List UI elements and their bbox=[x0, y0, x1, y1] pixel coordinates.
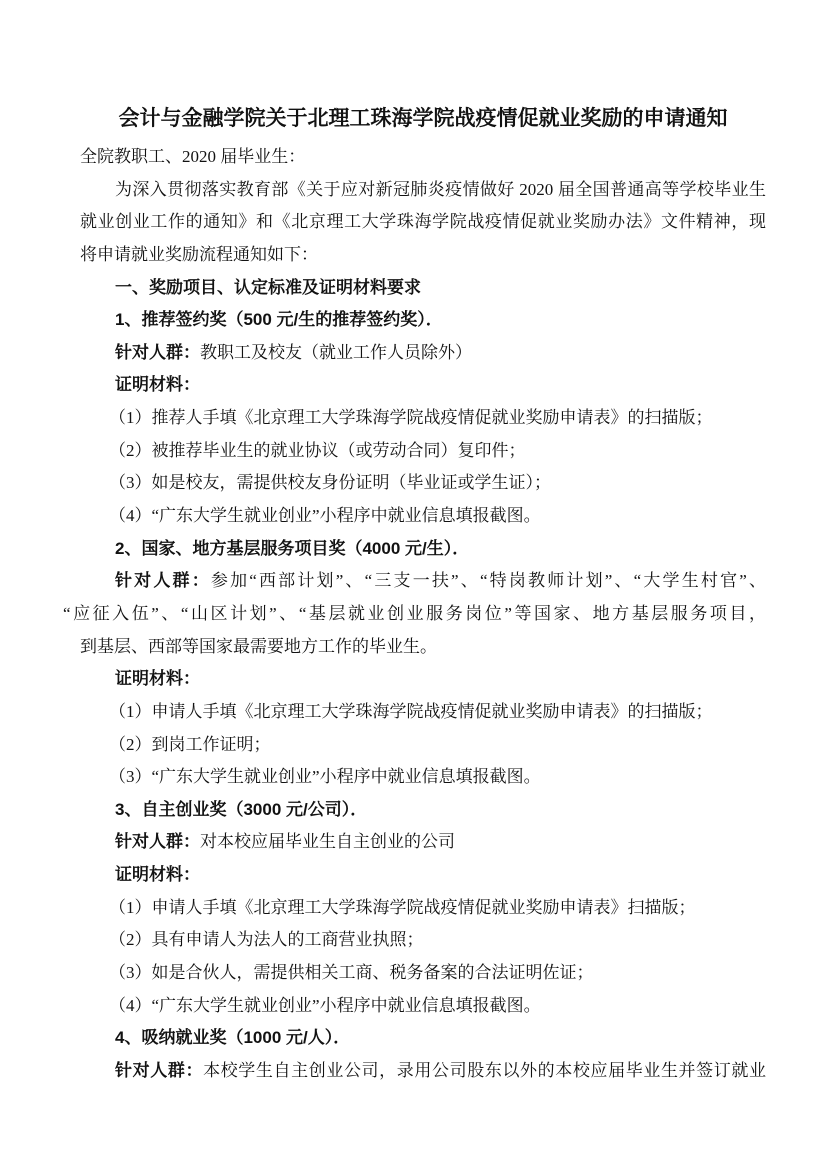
doc-item-3-3: （3）如是合伙人，需提供相关工商、税务备案的合法证明佐证； bbox=[80, 957, 766, 990]
heading-text: 4、吸纳就业奖（1000 元/人）． bbox=[115, 1028, 350, 1047]
doc-heading-award-3: 3、自主创业奖（3000 元/公司）． bbox=[80, 794, 766, 827]
line-text: 全院教职工、2020 届毕业生： bbox=[80, 147, 305, 166]
line-text: 将申请就业奖励流程通知如下： bbox=[80, 245, 318, 264]
doc-line-intro-3: 将申请就业奖励流程通知如下： bbox=[80, 239, 766, 272]
line-text: 到基层、西部等国家最需要地方工作的毕业生。 bbox=[80, 637, 437, 656]
doc-item-1-2: （2）被推荐毕业生的就业协议（或劳动合同）复印件； bbox=[80, 435, 766, 468]
doc-label-materials-2: 证明材料： bbox=[80, 663, 766, 696]
line-text: 本校学生自主创业公司，录用公司股东以外的本校应届毕业生并签订就业 bbox=[203, 1061, 766, 1080]
line-text: （2）到岗工作证明； bbox=[109, 735, 271, 754]
doc-line-intro-2: 就业创业工作的通知》和《北京理工大学珠海学院战疫情促就业奖励办法》文件精神，现 bbox=[80, 206, 766, 239]
doc-heading-section-1: 一、奖励项目、认定标准及证明材料要求 bbox=[80, 272, 766, 305]
line-text: （3）如是校友，需提供校友身份证明（毕业证或学生证）； bbox=[109, 473, 551, 492]
line-text: 为深入贯彻落实教育部《关于应对新冠肺炎疫情做好 2020 届全国普通高等学校毕业… bbox=[115, 180, 766, 199]
line-text: （1）申请人手填《北京理工大学珠海学院战疫情促就业奖励申请表》的扫描版； bbox=[109, 702, 713, 721]
doc-line-target-group-2: 针对人群：参加“西部计划”、“三支一扶”、“特岗教师计划”、“大学生村官”、 bbox=[80, 565, 766, 598]
line-text: （3）如是合伙人，需提供相关工商、税务备案的合法证明佐证； bbox=[109, 963, 594, 982]
doc-item-3-2: （2）具有申请人为法人的工商营业执照； bbox=[80, 924, 766, 957]
line-text: （1）推荐人手填《北京理工大学珠海学院战疫情促就业奖励申请表》的扫描版； bbox=[109, 408, 713, 427]
line-text: （4）“广东大学生就业创业”小程序中就业信息填报截图。 bbox=[109, 506, 541, 525]
line-text: （2）具有申请人为法人的工商营业执照； bbox=[109, 930, 424, 949]
doc-item-1-3: （3）如是校友，需提供校友身份证明（毕业证或学生证）； bbox=[80, 467, 766, 500]
document-page: { "doc": { "title": "会计与金融学院关于北理工珠海学院战疫情… bbox=[0, 0, 827, 1169]
doc-line-salutation: 全院教职工、2020 届毕业生： bbox=[80, 141, 766, 174]
line-text: “应征入伍”、“山区计划”、“基层就业创业服务岗位”等国家、地方基层服务项目， bbox=[63, 604, 766, 623]
heading-text: 3、自主创业奖（3000 元/公司）． bbox=[115, 800, 367, 819]
doc-line-intro-1: 为深入贯彻落实教育部《关于应对新冠肺炎疫情做好 2020 届全国普通高等学校毕业… bbox=[80, 174, 766, 207]
doc-line-target-group-2-cont-2: 到基层、西部等国家最需要地方工作的毕业生。 bbox=[80, 631, 766, 664]
page-title: 会计与金融学院关于北理工珠海学院战疫情促就业奖励的申请通知 bbox=[80, 102, 766, 136]
doc-line-target-group-3: 针对人群：对本校应届毕业生自主创业的公司 bbox=[80, 826, 766, 859]
line-text: 参加“西部计划”、“三支一扶”、“特岗教师计划”、“大学生村官”、 bbox=[211, 571, 766, 590]
bold-label: 针对人群： bbox=[115, 571, 211, 590]
doc-line-target-group-2-cont-1: “应征入伍”、“山区计划”、“基层就业创业服务岗位”等国家、地方基层服务项目， bbox=[63, 598, 766, 631]
bold-label: 针对人群： bbox=[115, 1061, 203, 1080]
doc-label-materials-1: 证明材料： bbox=[80, 369, 766, 402]
bold-label: 针对人群： bbox=[115, 343, 200, 362]
doc-item-3-4: （4）“广东大学生就业创业”小程序中就业信息填报截图。 bbox=[80, 990, 766, 1023]
doc-label-materials-3: 证明材料： bbox=[80, 859, 766, 892]
line-text: （2）被推荐毕业生的就业协议（或劳动合同）复印件； bbox=[109, 441, 526, 460]
doc-line-target-group-1: 针对人群：教职工及校友（就业工作人员除外） bbox=[80, 337, 766, 370]
doc-item-1-1: （1）推荐人手填《北京理工大学珠海学院战疫情促就业奖励申请表》的扫描版； bbox=[80, 402, 766, 435]
doc-item-3-1: （1）申请人手填《北京理工大学珠海学院战疫情促就业奖励申请表》扫描版； bbox=[80, 892, 766, 925]
doc-item-2-3: （3）“广东大学生就业创业”小程序中就业信息填报截图。 bbox=[80, 761, 766, 794]
doc-heading-award-2: 2、国家、地方基层服务项目奖（4000 元/生）． bbox=[80, 533, 766, 566]
heading-text: 一、奖励项目、认定标准及证明材料要求 bbox=[115, 278, 421, 297]
bold-label: 证明材料： bbox=[115, 669, 200, 688]
line-text: （4）“广东大学生就业创业”小程序中就业信息填报截图。 bbox=[109, 996, 541, 1015]
heading-text: 1、推荐签约奖（500 元/生的推荐签约奖）． bbox=[115, 310, 443, 329]
doc-heading-award-1: 1、推荐签约奖（500 元/生的推荐签约奖）． bbox=[80, 304, 766, 337]
bold-label: 证明材料： bbox=[115, 375, 200, 394]
line-text: （3）“广东大学生就业创业”小程序中就业信息填报截图。 bbox=[109, 767, 541, 786]
heading-text: 2、国家、地方基层服务项目奖（4000 元/生）． bbox=[115, 539, 469, 558]
document-body: 会计与金融学院关于北理工珠海学院战疫情促就业奖励的申请通知 全院教职工、2020… bbox=[80, 102, 766, 1088]
bold-label: 证明材料： bbox=[115, 865, 200, 884]
doc-line-target-group-4: 针对人群：本校学生自主创业公司，录用公司股东以外的本校应届毕业生并签订就业 bbox=[80, 1055, 766, 1088]
doc-item-1-4: （4）“广东大学生就业创业”小程序中就业信息填报截图。 bbox=[80, 500, 766, 533]
line-text: 就业创业工作的通知》和《北京理工大学珠海学院战疫情促就业奖励办法》文件精神，现 bbox=[80, 212, 766, 231]
doc-item-2-2: （2）到岗工作证明； bbox=[80, 729, 766, 762]
doc-item-2-1: （1）申请人手填《北京理工大学珠海学院战疫情促就业奖励申请表》的扫描版； bbox=[80, 696, 766, 729]
doc-heading-award-4: 4、吸纳就业奖（1000 元/人）． bbox=[80, 1022, 766, 1055]
line-text: 对本校应届毕业生自主创业的公司 bbox=[200, 832, 455, 851]
bold-label: 针对人群： bbox=[115, 832, 200, 851]
line-text: 教职工及校友（就业工作人员除外） bbox=[200, 343, 472, 362]
line-text: （1）申请人手填《北京理工大学珠海学院战疫情促就业奖励申请表》扫描版； bbox=[109, 898, 696, 917]
